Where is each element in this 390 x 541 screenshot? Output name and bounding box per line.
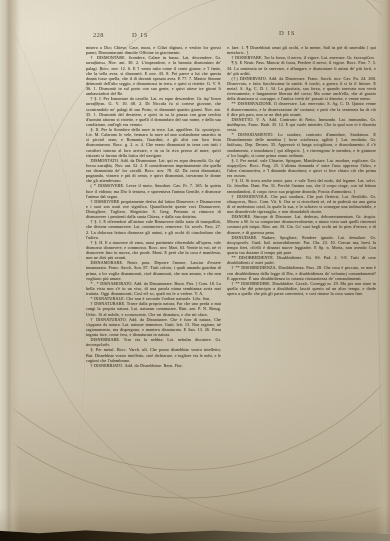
dictionary-paragraph: DISNORE. Sincope di Disonore. Lat. dedec… [227, 214, 376, 235]
binding-gutter-shadow [0, 0, 20, 541]
page-number: 228 [93, 32, 104, 39]
dictionary-paragraph: † DISMONTARE. Scendere, Calare in basso.… [86, 55, 221, 96]
bottom-edge-shadow [0, 507, 390, 533]
dictionary-paragraph: ¶ §. E Neutr. Pass. Mancar di forza, Per… [227, 60, 376, 75]
running-head-right: D IS [279, 30, 296, 37]
dictionary-paragraph: † §. II. Si trova anche neutr. pass. e v… [227, 178, 376, 193]
dictionary-paragraph: * DISNODAMENTO. Lo snodare, contrario d'… [227, 132, 376, 158]
dictionary-paragraph: † §. I. E riferendosi all'animo vale Rim… [86, 219, 221, 240]
dictionary-paragraph: † §. II. E a muovere di vano, usasi pari… [86, 240, 221, 261]
dictionary-paragraph: † ** DISOBBEDIENZA. Disubbidienza. Pass.… [227, 265, 376, 280]
scanned-dictionary-page: 228 D IS D IS misero a Dio; Chiese, Case… [0, 0, 390, 541]
dictionary-paragraph: † §. I. Per Ismontare da cavallo. Lat. e… [86, 96, 221, 127]
dictionary-paragraph: e. lare. 1. ¶ Disnebbiati omai gli occhi… [227, 45, 376, 55]
dictionary-paragraph: † DISNATURARE. Trarre dalla propria natu… [86, 301, 221, 316]
text-column-left: misero a Dio; Chiese, Case, mura, e Cili… [86, 45, 221, 432]
dictionary-paragraph: ** DISNERVAZIONE. Il disnervare. Lat. en… [227, 101, 376, 116]
bottom-dark-band [0, 528, 390, 541]
dictionary-paragraph: DISNAMORARE. Neutr. pass. Deporre l'amor… [86, 260, 221, 281]
running-head-left: D IS [132, 32, 149, 39]
page-edge-crease [379, 30, 386, 525]
dictionary-paragraph: misero a Dio; Chiese, Case, mura, e Cili… [86, 45, 221, 55]
dictionary-paragraph: † DISNODEVOLE. Che può snodarsi, Che può… [227, 194, 376, 215]
dictionary-paragraph: §. II. Per lo Scendere della nave in ter… [86, 127, 221, 158]
dictionary-paragraph: † DISMOVERE propriamente deriva dal lati… [86, 199, 221, 220]
page-header: 228 D IS D IS [0, 0, 390, 45]
dictionary-paragraph: §. I. Per metaf. vale Chiarire, Spiegare… [227, 158, 376, 179]
dictionary-paragraph: * , * DISNAMORATO. Add. da Disnamorare. … [86, 281, 221, 296]
dictionary-paragraph: † DISNEBBIATO. Add. da Disnebbiare. Bern… [86, 363, 221, 368]
right-edge-shadow [376, 0, 390, 541]
dictionary-paragraph: DISNETTO. V. A. Add. Contrario di Netto,… [227, 117, 376, 132]
dictionary-paragraph: ( * DISMOVERE. Lever il moto, Smodare. C… [86, 183, 221, 198]
dictionary-paragraph: DISMONTATO. Add. da Dismontare. Lat. qui… [86, 158, 221, 184]
dictionary-paragraph: † ** DISOBBEDIRE. Disubbidire. Cavalc. C… [227, 281, 376, 296]
dictionary-paragraph: DISNEBBIARE. Trar via la nebbia; Lat. ne… [86, 337, 221, 347]
dictionary-paragraph: † DISNATURATO. Add. da Disnaturare. Che … [86, 317, 221, 338]
dictionary-paragraph: DISNUDARE. Nudare, Spogliare, Rendere ig… [227, 235, 376, 256]
gutter-crease [2, 8, 85, 541]
dictionary-paragraph: (†) DISNERVATO. Add. da Disnervare. Fran… [227, 76, 376, 102]
dictionary-paragraph: §. Per metaf. Bocc. Varch. ult. Che poss… [86, 347, 221, 362]
dictionary-paragraph: ** DISOBBEDIENTE. Disubbidiente. Vit. SS… [227, 255, 376, 265]
text-column-right: e. lare. 1. ¶ Disnebbiati omai gli occhi… [227, 45, 376, 432]
